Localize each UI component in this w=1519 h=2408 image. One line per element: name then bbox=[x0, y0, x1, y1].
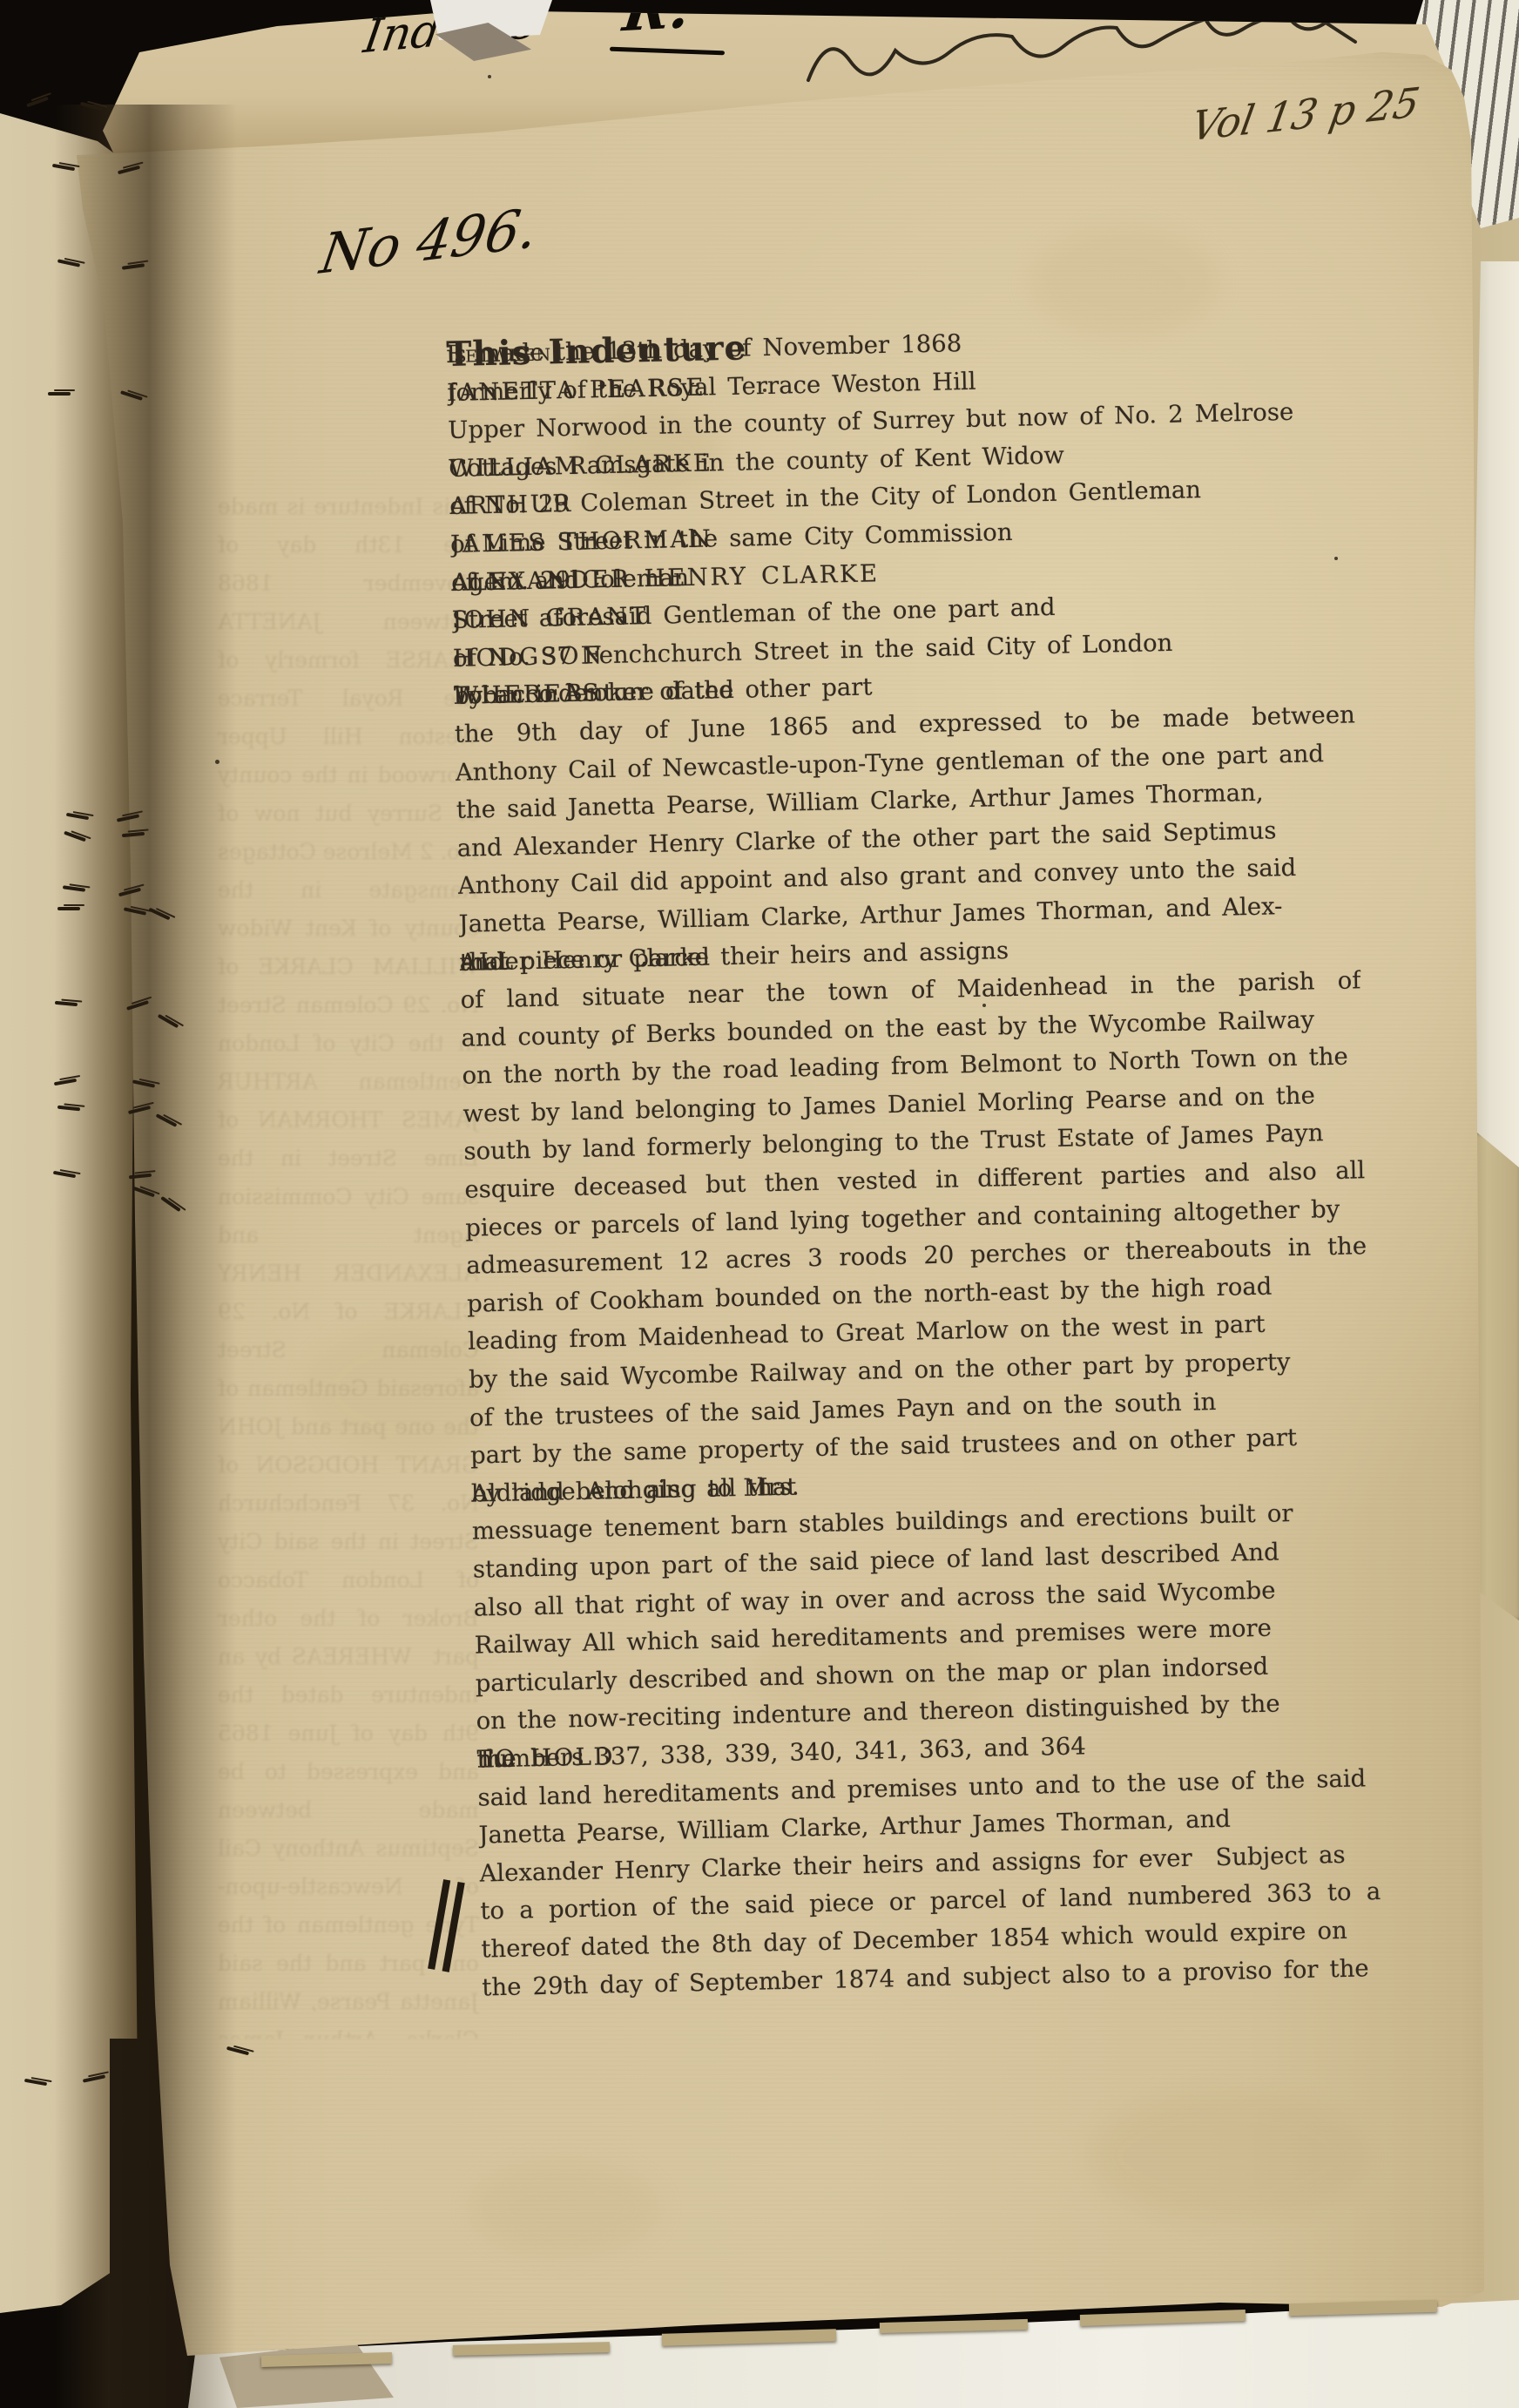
handwritten-underline bbox=[610, 47, 725, 56]
foxing-speck bbox=[1334, 557, 1338, 560]
binding-stitch-thread bbox=[26, 97, 49, 108]
binding-stitch-thread bbox=[57, 907, 80, 910]
handwritten-initial: R. bbox=[619, 0, 693, 44]
foxing-speck bbox=[763, 389, 766, 392]
scanned-deed-page: Ind 365 R. This Indenture is made the 13… bbox=[0, 0, 1519, 2408]
deed-text-block: This Indenture is made the 13th day of N… bbox=[446, 316, 1383, 2006]
foxing-speck bbox=[982, 1004, 986, 1007]
foxing-speck bbox=[577, 1840, 581, 1843]
foxing-speck bbox=[488, 75, 491, 78]
binding-stitch-thread bbox=[48, 392, 71, 396]
foxing-speck bbox=[1268, 1772, 1272, 1776]
gutter-shadow bbox=[54, 105, 237, 2408]
foxing-speck bbox=[215, 760, 219, 764]
foxing-speck bbox=[612, 1041, 617, 1045]
paper-stain bbox=[470, 2161, 662, 2256]
bleed-through-text: This Indenture is made the 13th day of N… bbox=[218, 488, 479, 2039]
paper-stain bbox=[1089, 2091, 1367, 2222]
